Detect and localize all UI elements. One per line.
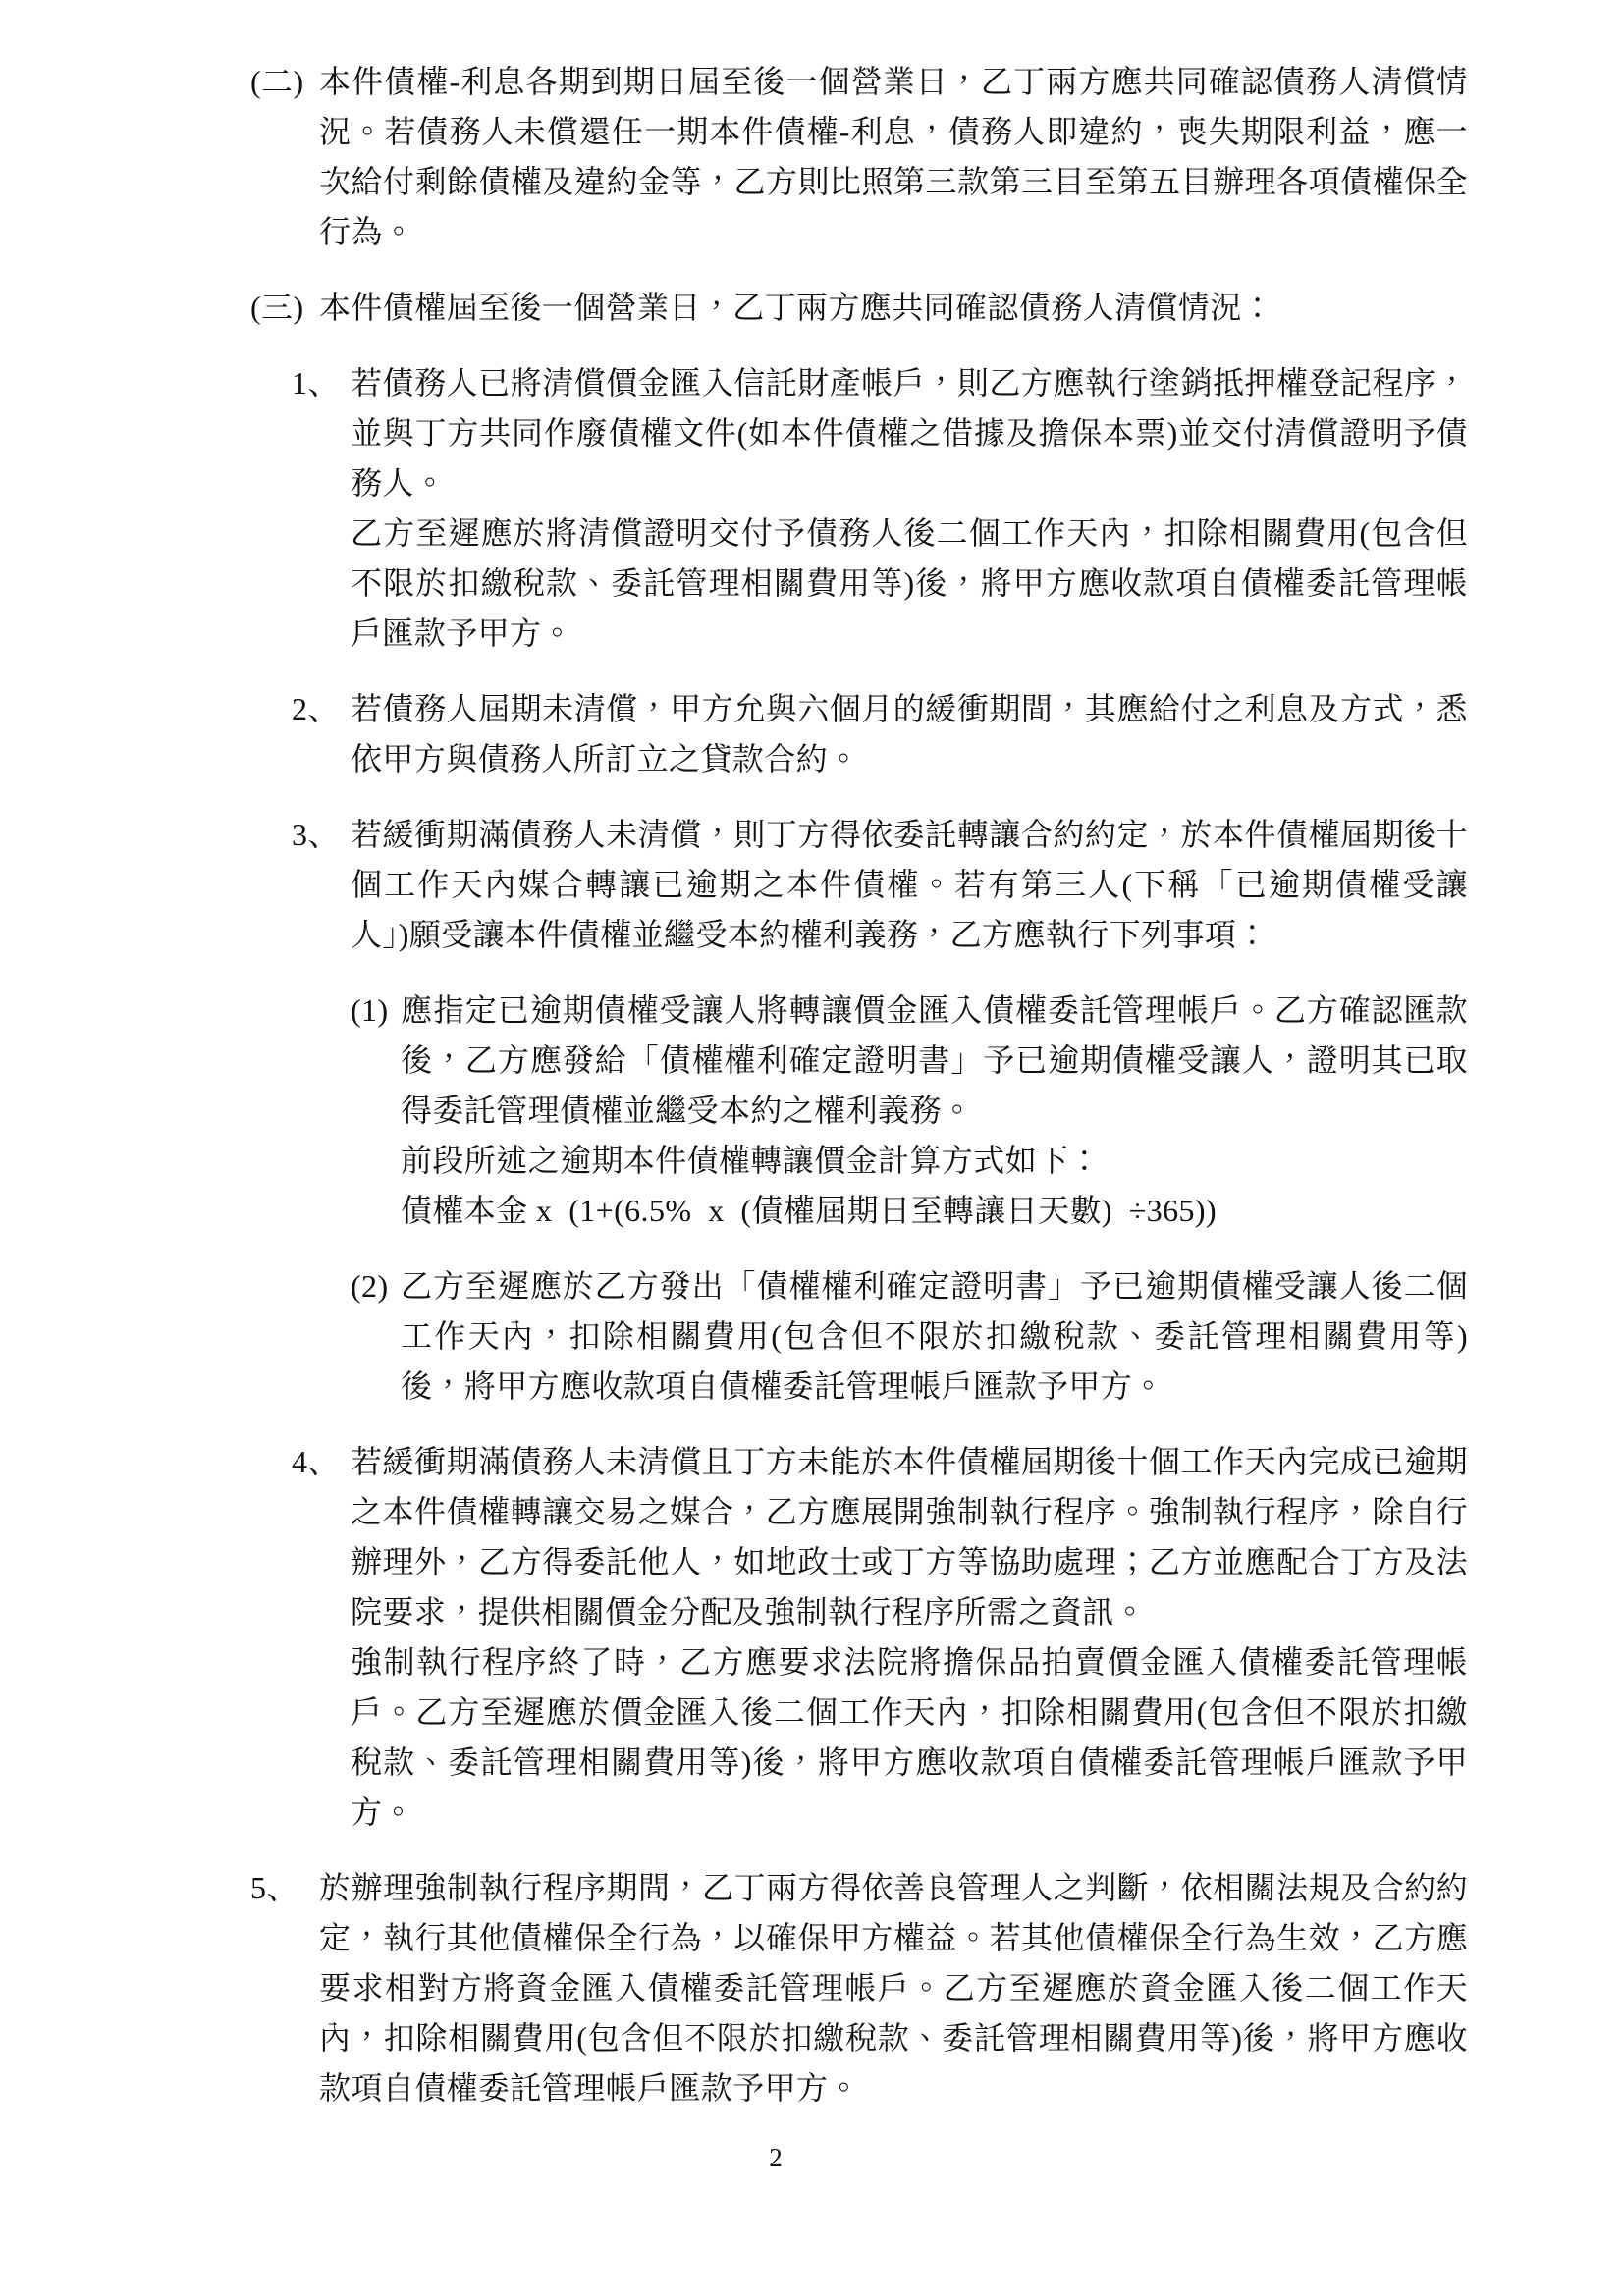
item-1: 1、 若債務人已將清償價金匯入信託財產帳戶，則乙方應執行塗銷抵押權登記程序，並與… <box>292 358 1468 659</box>
clause-text: 若債務人屆期未清償，甲方允與六個月的緩衝期間，其應給付之利息及方式，悉依甲方與債… <box>351 684 1468 784</box>
clause-label: (三) <box>250 283 304 333</box>
transfer-price-formula: 債權本金 x (1+(6.5% x (債權屆期日至轉讓日天數) ÷365)) <box>401 1186 1468 1236</box>
subitem-number: (1) <box>351 986 389 1036</box>
page-footer: 2 <box>0 2142 1551 2173</box>
clause-text: 本件債權屆至後一個營業日，乙丁兩方應共同確認債務人清償情況： <box>319 283 1468 333</box>
clause-text: 強制執行程序終了時，乙方應要求法院將擔保品拍賣價金匯入債權委託管理帳戶。乙方至遲… <box>351 1637 1468 1838</box>
clause-text: 若緩衝期滿債務人未清償且丁方未能於本件債權屆期後十個工作天內完成已逾期之本件債權… <box>351 1437 1468 1637</box>
item-number: 4、 <box>292 1437 340 1487</box>
clause-text: 若債務人已將清償價金匯入信託財產帳戶，則乙方應執行塗銷抵押權登記程序，並與丁方共… <box>351 358 1468 508</box>
clause-text: 前段所述之逾期本件債權轉讓價金計算方式如下： <box>401 1136 1468 1186</box>
contract-body: (二) 本件債權-利息各期到期日屆至後一個營業日，乙丁兩方應共同確認債務人清償情… <box>0 57 1624 2139</box>
document-page: { "doc": { "page_number": "2", "blocks":… <box>0 0 1624 2296</box>
item-4: 4、 若緩衝期滿債務人未清償且丁方未能於本件債權屆期後十個工作天內完成已逾期之本… <box>292 1437 1468 1838</box>
page-number: 2 <box>769 2143 783 2172</box>
clause-label: (二) <box>250 57 304 107</box>
subitem-number: (2) <box>351 1261 389 1311</box>
item-number: 1、 <box>292 358 340 408</box>
item-number: 3、 <box>292 810 340 860</box>
section-3: (三) 本件債權屆至後一個營業日，乙丁兩方應共同確認債務人清償情況： <box>250 283 1468 333</box>
item-number: 5、 <box>250 1863 298 1913</box>
clause-text: 本件債權-利息各期到期日屆至後一個營業日，乙丁兩方應共同確認債務人清償情況。若債… <box>319 57 1468 257</box>
item-3: 3、 若緩衝期滿債務人未清償，則丁方得依委託轉讓合約約定，於本件債權屆期後十個工… <box>292 810 1468 960</box>
clause-text: 乙方至遲應於將清償證明交付予債務人後二個工作天內，扣除相關費用(包含但不限於扣繳… <box>351 508 1468 659</box>
clause-text: 乙方至遲應於乙方發出「債權權利確定證明書」予已逾期債權受讓人後二個工作天內，扣除… <box>401 1261 1468 1412</box>
clause-text: 於辦理強制執行程序期間，乙丁兩方得依善良管理人之判斷，依相關法規及合約約定，執行… <box>319 1863 1468 2113</box>
clause-text: 若緩衝期滿債務人未清償，則丁方得依委託轉讓合約約定，於本件債權屆期後十個工作天內… <box>351 810 1468 960</box>
subitem-2: (2) 乙方至遲應於乙方發出「債權權利確定證明書」予已逾期債權受讓人後二個工作天… <box>351 1261 1468 1412</box>
clause-text: 應指定已逾期債權受讓人將轉讓價金匯入債權委託管理帳戶。乙方確認匯款後，乙方應發給… <box>401 986 1468 1136</box>
subitem-1: (1) 應指定已逾期債權受讓人將轉讓價金匯入債權委託管理帳戶。乙方確認匯款後，乙… <box>351 986 1468 1236</box>
item-number: 2、 <box>292 684 340 734</box>
section-2: (二) 本件債權-利息各期到期日屆至後一個營業日，乙丁兩方應共同確認債務人清償情… <box>250 57 1468 257</box>
item-5: 5、 於辦理強制執行程序期間，乙丁兩方得依善良管理人之判斷，依相關法規及合約約定… <box>250 1863 1468 2113</box>
item-2: 2、 若債務人屆期未清償，甲方允與六個月的緩衝期間，其應給付之利息及方式，悉依甲… <box>292 684 1468 784</box>
